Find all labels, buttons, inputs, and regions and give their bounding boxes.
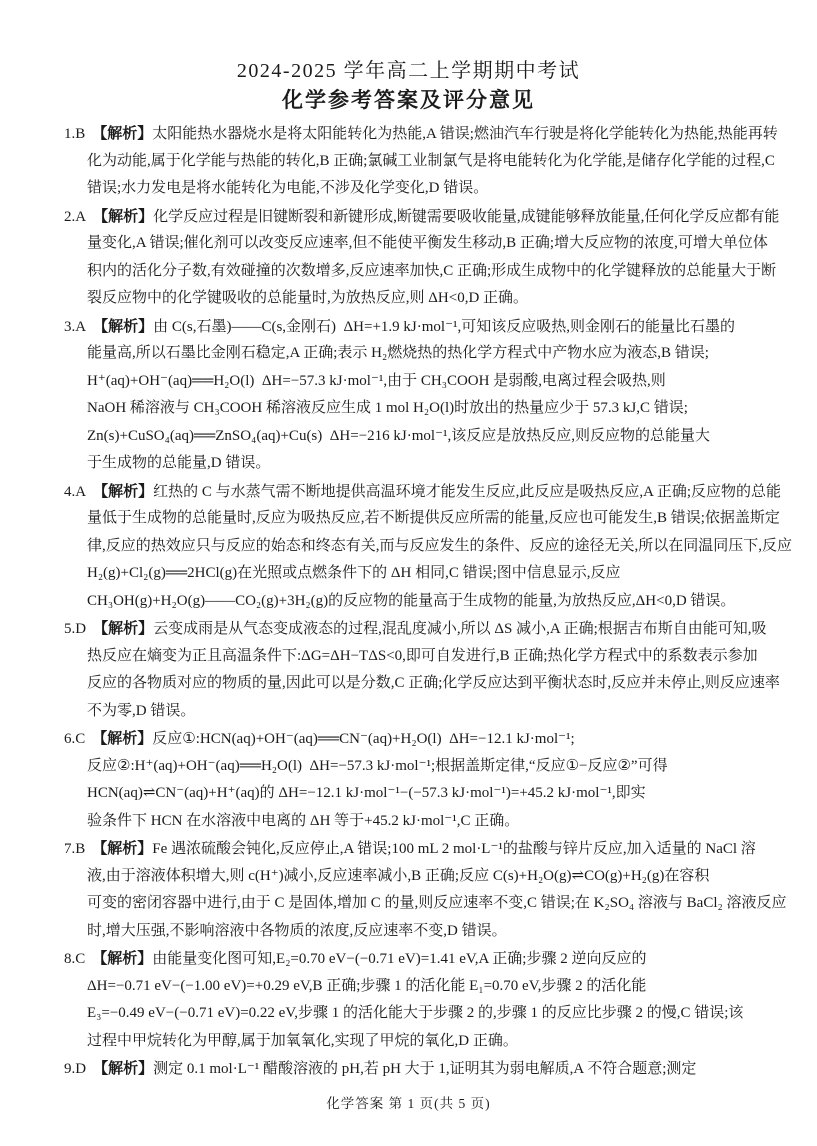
answers-content: 1.B【解析】太阳能热水器烧水是将太阳能转化为热能,A 错误;燃油汽车行驶是将化…: [64, 120, 761, 1083]
item-line: E₃=−0.49 eV−(−0.71 eV)=0.22 eV,步骤 1 的活化能…: [64, 1000, 761, 1028]
page-footer: 化学答案 第 1 页(共 5 页): [0, 1092, 817, 1112]
item-number: 2.A: [64, 209, 86, 225]
item-line: 1.B【解析】太阳能热水器烧水是将太阳能转化为热能,A 错误;燃油汽车行驶是将化…: [64, 120, 761, 148]
item-line: 错误;水力发电是将水能转化为电能,不涉及化学变化,D 错误。: [64, 175, 761, 203]
item-line: 不为零,D 错误。: [64, 698, 761, 726]
item-text: 由能量变化图可知,E₂=0.70 eV−(−0.71 eV)=1.41 eV,A…: [152, 951, 646, 967]
item-text: 测定 0.1 mol·L⁻¹ 醋酸溶液的 pH,若 pH 大于 1,证明其为弱电…: [153, 1061, 696, 1077]
item-line: H⁺(aq)+OH⁻(aq)══H₂O(l) ΔH=−57.3 kJ·mol⁻¹…: [64, 368, 761, 396]
item-text: 由 C(s,石墨)——C(s,金刚石) ΔH=+1.9 kJ·mol⁻¹,可知该…: [153, 319, 735, 335]
item-line: 8.C【解析】由能量变化图可知,E₂=0.70 eV−(−0.71 eV)=1.…: [64, 945, 761, 973]
answer-item-6: 6.C【解析】反应①:HCN(aq)+OH⁻(aq)══CN⁻(aq)+H₂O(…: [64, 725, 761, 835]
item-line: 能量高,所以石墨比金刚石稳定,A 正确;表示 H₂燃烧热的热化学方程式中产物水应…: [64, 340, 761, 368]
answer-item-2: 2.A【解析】化学反应过程是旧键断裂和新键形成,断键需要吸收能量,成键能够释放能…: [64, 203, 761, 313]
analysis-tag: 【解析】: [92, 730, 152, 747]
item-number: 5.D: [64, 621, 86, 637]
item-line: NaOH 稀溶液与 CH₃COOH 稀溶液反应生成 1 mol H₂O(l)时放…: [64, 395, 761, 423]
item-text: Fe 遇浓硫酸会钝化,反应停止,A 错误;100 mL 2 mol·L⁻¹的盐酸…: [152, 841, 756, 857]
item-line: 液,由于溶液体积增大,则 c(H⁺)减小,反应速率减小,B 正确;反应 C(s)…: [64, 863, 761, 891]
answer-item-1: 1.B【解析】太阳能热水器烧水是将太阳能转化为热能,A 错误;燃油汽车行驶是将化…: [64, 120, 761, 203]
item-number: 9.D: [64, 1061, 86, 1077]
item-line: 验条件下 HCN 在水溶液中电离的 ΔH 等于+45.2 kJ·mol⁻¹,C …: [64, 808, 761, 836]
analysis-tag: 【解析】: [93, 620, 153, 637]
item-line: 9.D【解析】测定 0.1 mol·L⁻¹ 醋酸溶液的 pH,若 pH 大于 1…: [64, 1055, 761, 1083]
item-line: CH₃OH(g)+H₂O(g)——CO₂(g)+3H₂(g)的反应物的能量高于生…: [64, 588, 761, 616]
item-line: 时,增大压强,不影响溶液中各物质的浓度,反应速率不变,D 错误。: [64, 918, 761, 946]
answer-key-page: 2024-2025 学年高二上学期期中考试 化学参考答案及评分意见 1.B【解析…: [0, 0, 817, 1146]
analysis-tag: 【解析】: [93, 483, 153, 500]
analysis-tag: 【解析】: [92, 950, 152, 967]
answer-item-4: 4.A【解析】红热的 C 与水蒸气需不断地提供高温环境才能发生反应,此反应是吸热…: [64, 478, 761, 616]
item-line: 4.A【解析】红热的 C 与水蒸气需不断地提供高温环境才能发生反应,此反应是吸热…: [64, 478, 761, 506]
analysis-tag: 【解析】: [93, 1060, 153, 1077]
item-line: HCN(aq)⇌CN⁻(aq)+H⁺(aq)的 ΔH=−12.1 kJ·mol⁻…: [64, 780, 761, 808]
item-line: 2.A【解析】化学反应过程是旧键断裂和新键形成,断键需要吸收能量,成键能够释放能…: [64, 203, 761, 231]
item-text: 化学反应过程是旧键断裂和新键形成,断键需要吸收能量,成键能够释放能量,任何化学反…: [153, 209, 779, 225]
item-line: 6.C【解析】反应①:HCN(aq)+OH⁻(aq)══CN⁻(aq)+H₂O(…: [64, 725, 761, 753]
answer-item-3: 3.A【解析】由 C(s,石墨)——C(s,金刚石) ΔH=+1.9 kJ·mo…: [64, 313, 761, 478]
item-line: 反应②:H⁺(aq)+OH⁻(aq)══H₂O(l) ΔH=−57.3 kJ·m…: [64, 753, 761, 781]
analysis-tag: 【解析】: [92, 125, 152, 142]
item-number: 8.C: [64, 951, 85, 967]
item-line: 热反应在熵变为正且高温条件下:ΔG=ΔH−TΔS<0,即可自发进行,B 正确;热…: [64, 643, 761, 671]
item-line: 量变化,A 错误;催化剂可以改变反应速率,但不能使平衡发生移动,B 正确;增大反…: [64, 230, 761, 258]
item-number: 4.A: [64, 484, 86, 500]
item-line: 反应的各物质对应的物质的量,因此可以是分数,C 正确;化学反应达到平衡状态时,反…: [64, 670, 761, 698]
item-number: 7.B: [64, 841, 85, 857]
item-line: Zn(s)+CuSO₄(aq)══ZnSO₄(aq)+Cu(s) ΔH=−216…: [64, 423, 761, 451]
item-number: 3.A: [64, 319, 86, 335]
answer-item-8: 8.C【解析】由能量变化图可知,E₂=0.70 eV−(−0.71 eV)=1.…: [64, 945, 761, 1055]
analysis-tag: 【解析】: [93, 208, 153, 225]
item-text: 红热的 C 与水蒸气需不断地提供高温环境才能发生反应,此反应是吸热反应,A 正确…: [153, 484, 781, 500]
item-line: 化为动能,属于化学能与热能的转化,B 正确;氯碱工业制氯气是将电能转化为化学能,…: [64, 148, 761, 176]
item-line: ΔH=−0.71 eV−(−1.00 eV)=+0.29 eV,B 正确;步骤 …: [64, 973, 761, 1001]
item-line: 裂反应物中的化学键吸收的总能量时,为放热反应,则 ΔH<0,D 正确。: [64, 285, 761, 313]
answer-item-7: 7.B【解析】Fe 遇浓硫酸会钝化,反应停止,A 错误;100 mL 2 mol…: [64, 835, 761, 945]
answer-item-5: 5.D【解析】云变成雨是从气态变成液态的过程,混乱度减小,所以 ΔS 减小,A …: [64, 615, 761, 725]
item-line: 积内的活化分子数,有效碰撞的次数增多,反应速率加快,C 正确;形成生成物中的化学…: [64, 258, 761, 286]
analysis-tag: 【解析】: [93, 318, 153, 335]
doc-title: 2024-2025 学年高二上学期期中考试: [0, 0, 817, 85]
answer-item-9: 9.D【解析】测定 0.1 mol·L⁻¹ 醋酸溶液的 pH,若 pH 大于 1…: [64, 1055, 761, 1083]
item-line: H₂(g)+Cl₂(g)══2HCl(g)在光照或点燃条件下的 ΔH 相同,C …: [64, 560, 761, 588]
analysis-tag: 【解析】: [92, 840, 152, 857]
item-line: 过程中甲烷转化为甲醇,属于加氧氧化,实现了甲烷的氧化,D 正确。: [64, 1028, 761, 1056]
item-text: 反应①:HCN(aq)+OH⁻(aq)══CN⁻(aq)+H₂O(l) ΔH=−…: [152, 731, 574, 747]
item-number: 6.C: [64, 731, 85, 747]
item-line: 律,反应的热效应只与反应的始态和终态有关,而与反应发生的条件、反应的途径无关,所…: [64, 533, 761, 561]
doc-subtitle: 化学参考答案及评分意见: [0, 85, 817, 116]
item-text: 云变成雨是从气态变成液态的过程,混乱度减小,所以 ΔS 减小,A 正确;根据吉布…: [153, 621, 766, 637]
item-line: 5.D【解析】云变成雨是从气态变成液态的过程,混乱度减小,所以 ΔS 减小,A …: [64, 615, 761, 643]
item-line: 3.A【解析】由 C(s,石墨)——C(s,金刚石) ΔH=+1.9 kJ·mo…: [64, 313, 761, 341]
item-line: 于生成物的总能量,D 错误。: [64, 450, 761, 478]
item-number: 1.B: [64, 126, 85, 142]
item-text: 太阳能热水器烧水是将太阳能转化为热能,A 错误;燃油汽车行驶是将化学能转化为热能…: [152, 126, 777, 142]
item-line: 量低于生成物的总能量时,反应为吸热反应,若不断提供反应所需的能量,反应也可能发生…: [64, 505, 761, 533]
item-line: 可变的密闭容器中进行,由于 C 是固体,增加 C 的量,则反应速率不变,C 错误…: [64, 890, 761, 918]
item-line: 7.B【解析】Fe 遇浓硫酸会钝化,反应停止,A 错误;100 mL 2 mol…: [64, 835, 761, 863]
